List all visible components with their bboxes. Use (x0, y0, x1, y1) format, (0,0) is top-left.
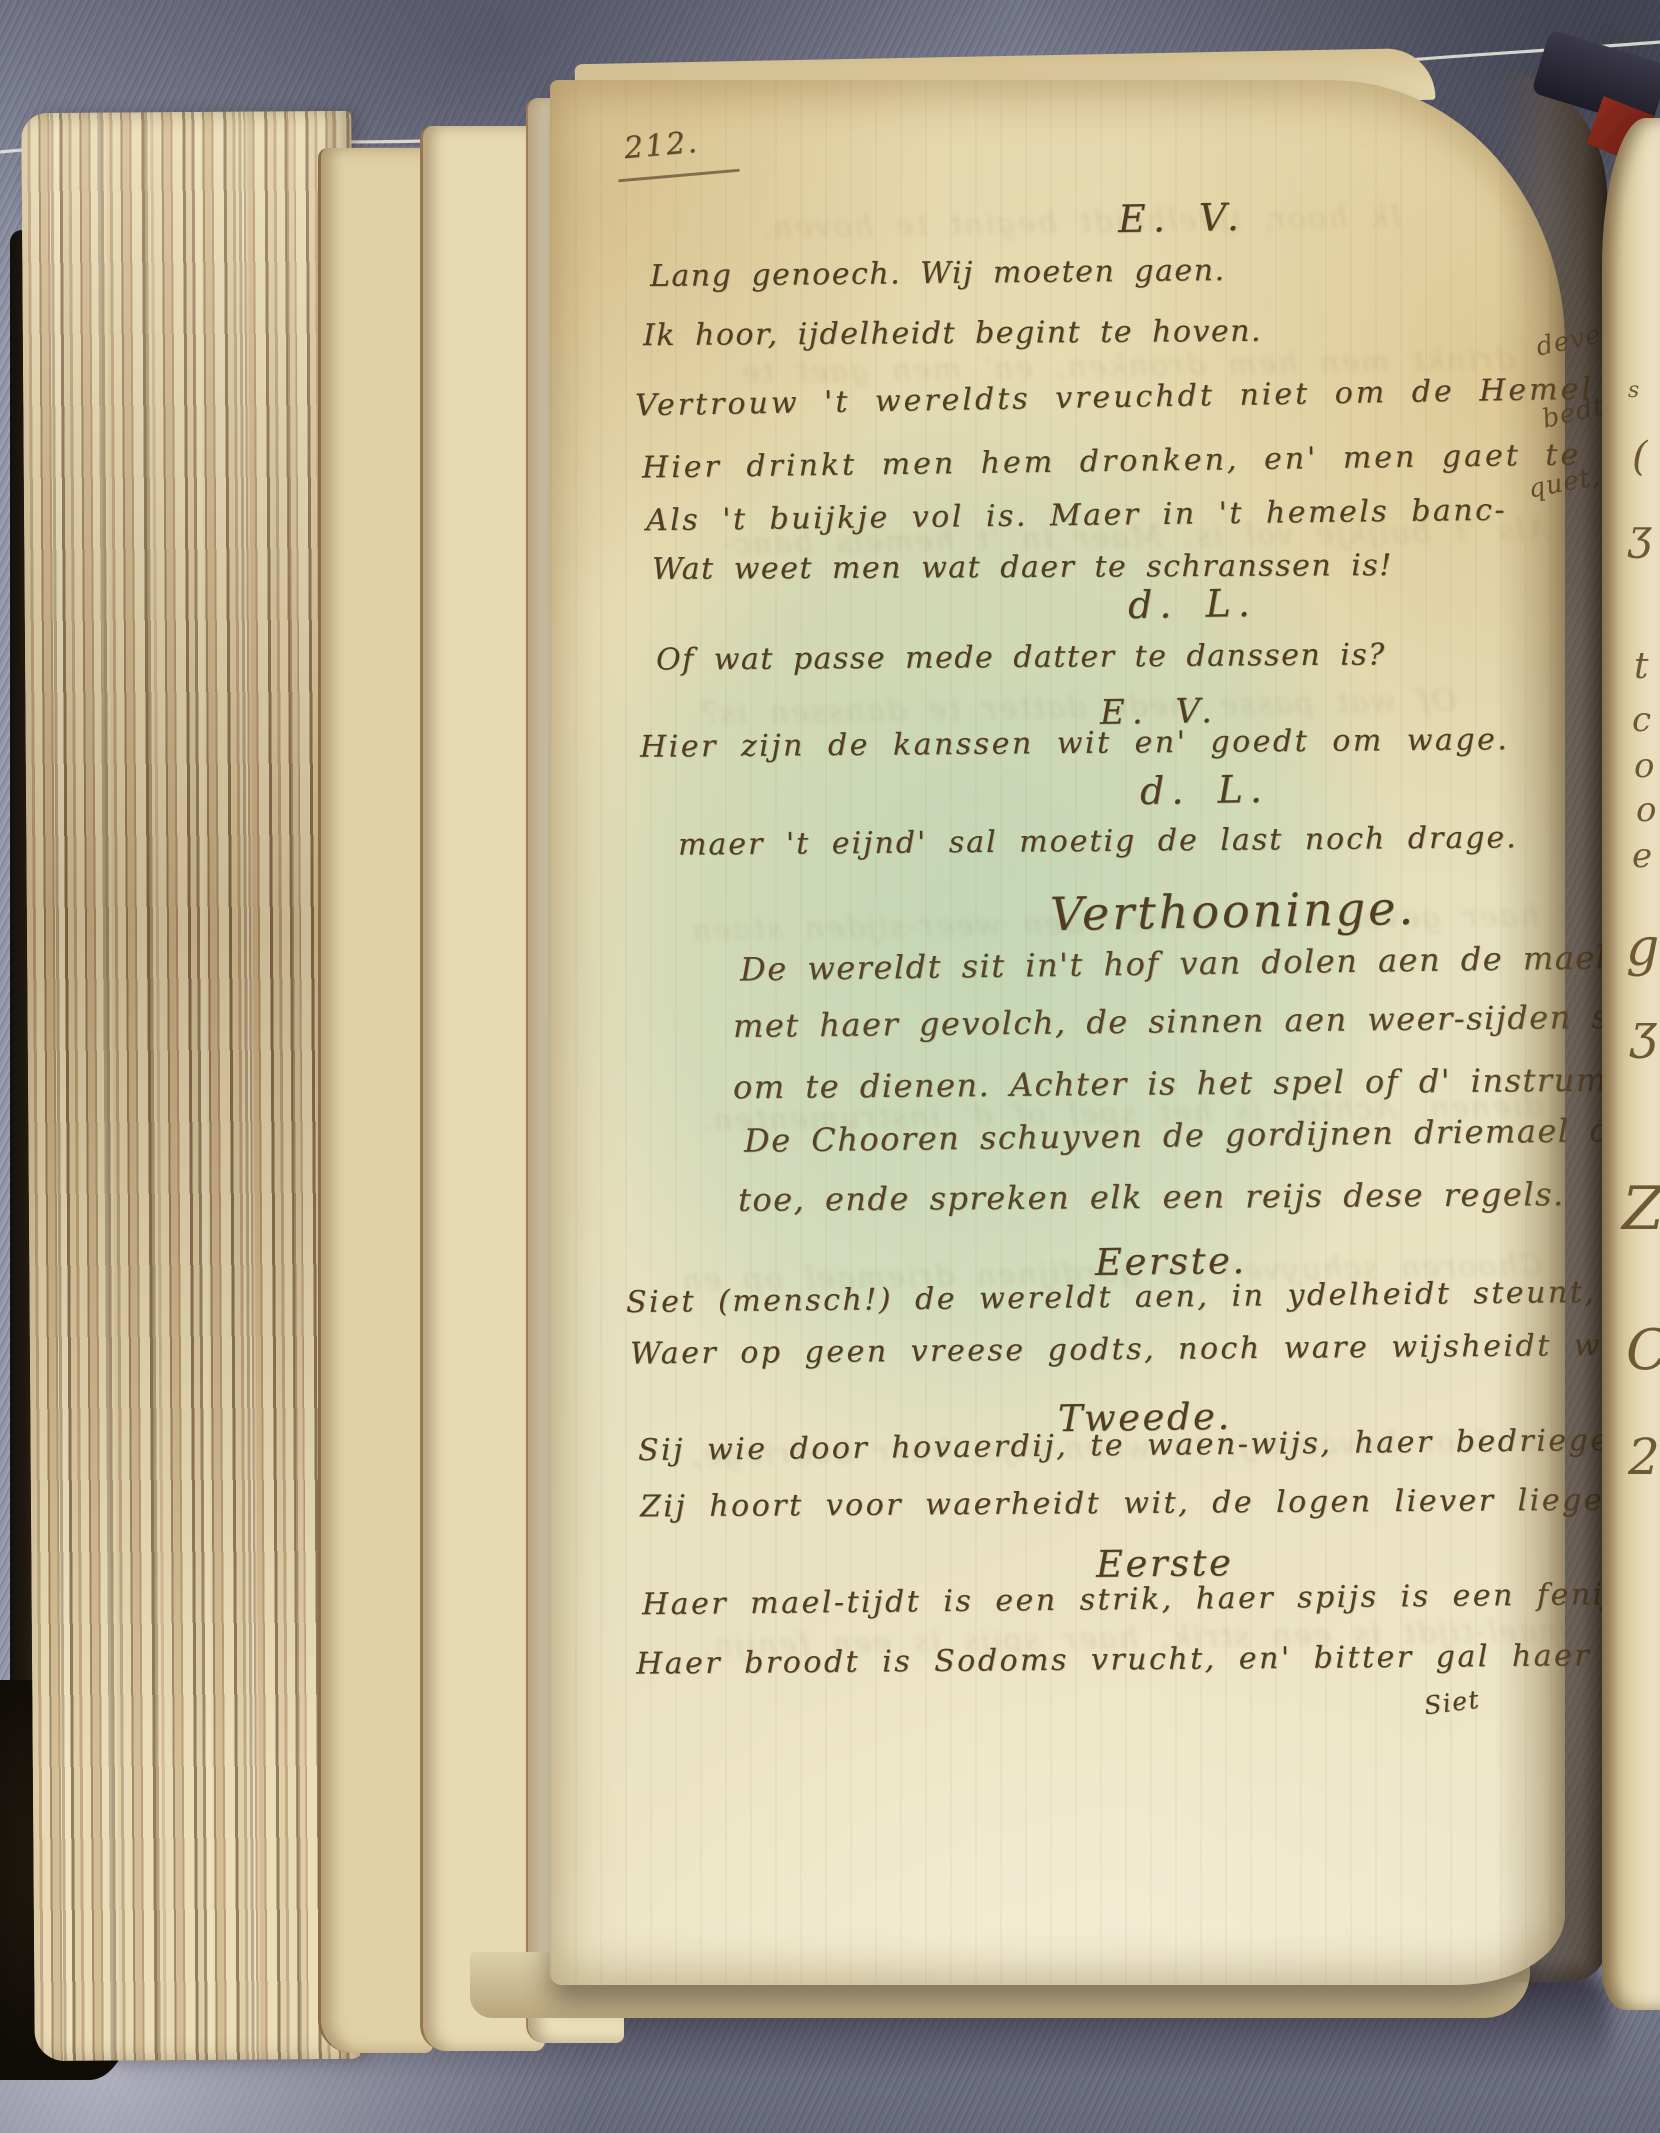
facing-page-glyph: ʒ (1628, 510, 1652, 559)
verse-line: Lang genoech. Wij moeten gaen. (650, 253, 1226, 294)
speaker-label: E. V. (1118, 195, 1247, 241)
folio-number: 212. (623, 125, 701, 166)
facing-page-glyph: g (1626, 918, 1659, 978)
facing-page-glyph: 2 (1628, 1428, 1660, 1486)
facing-page-edge: s ( ʒ t c o o e g ʒ Z C 2 (1602, 118, 1660, 2010)
manuscript-photo: Ik hoor, ijdelheidt begint te hoven. Hie… (0, 0, 1660, 2133)
verse-line: Zij hoort voor waerheidt wit, de logen l… (640, 1483, 1616, 1525)
verse-line: Of wat passe mede datter te danssen is? (656, 637, 1386, 677)
verse-line: Ik hoor, ijdelheidt begint te hoven. (643, 314, 1262, 353)
facing-page-glyph: e (1632, 836, 1652, 876)
stage-direction: toe, ende spreken elk een reijs dese reg… (738, 1175, 1565, 1219)
verse-line: Wat weet men wat daer te schranssen is! (652, 548, 1393, 587)
facing-page-glyph: Z (1622, 1174, 1660, 1244)
verse-line: maer 't eijnd' sal moetig de last noch d… (678, 820, 1518, 862)
chorus-heading: Eerste. (1095, 1239, 1247, 1284)
facing-page-glyph: c (1632, 700, 1651, 740)
facing-page-glyph: o (1636, 790, 1656, 830)
facing-page-glyph: ʒ (1630, 1004, 1657, 1060)
facing-page-glyph: ( (1632, 434, 1648, 480)
facing-page-glyph: C (1626, 1318, 1660, 1383)
fore-edge-page-stack (21, 111, 365, 2061)
gutter-shadow (1495, 70, 1607, 1982)
speaker-label: d. L. (1140, 767, 1270, 813)
scene-heading: Verthooninge. (1050, 881, 1417, 941)
chorus-heading: Eerste (1096, 1541, 1234, 1586)
facing-page-glyph: o (1634, 746, 1654, 786)
facing-page-glyph: t (1634, 646, 1648, 687)
page-layer (318, 148, 433, 2053)
facing-page-glyph: s (1628, 378, 1639, 403)
speaker-label: d. L. (1128, 581, 1258, 627)
